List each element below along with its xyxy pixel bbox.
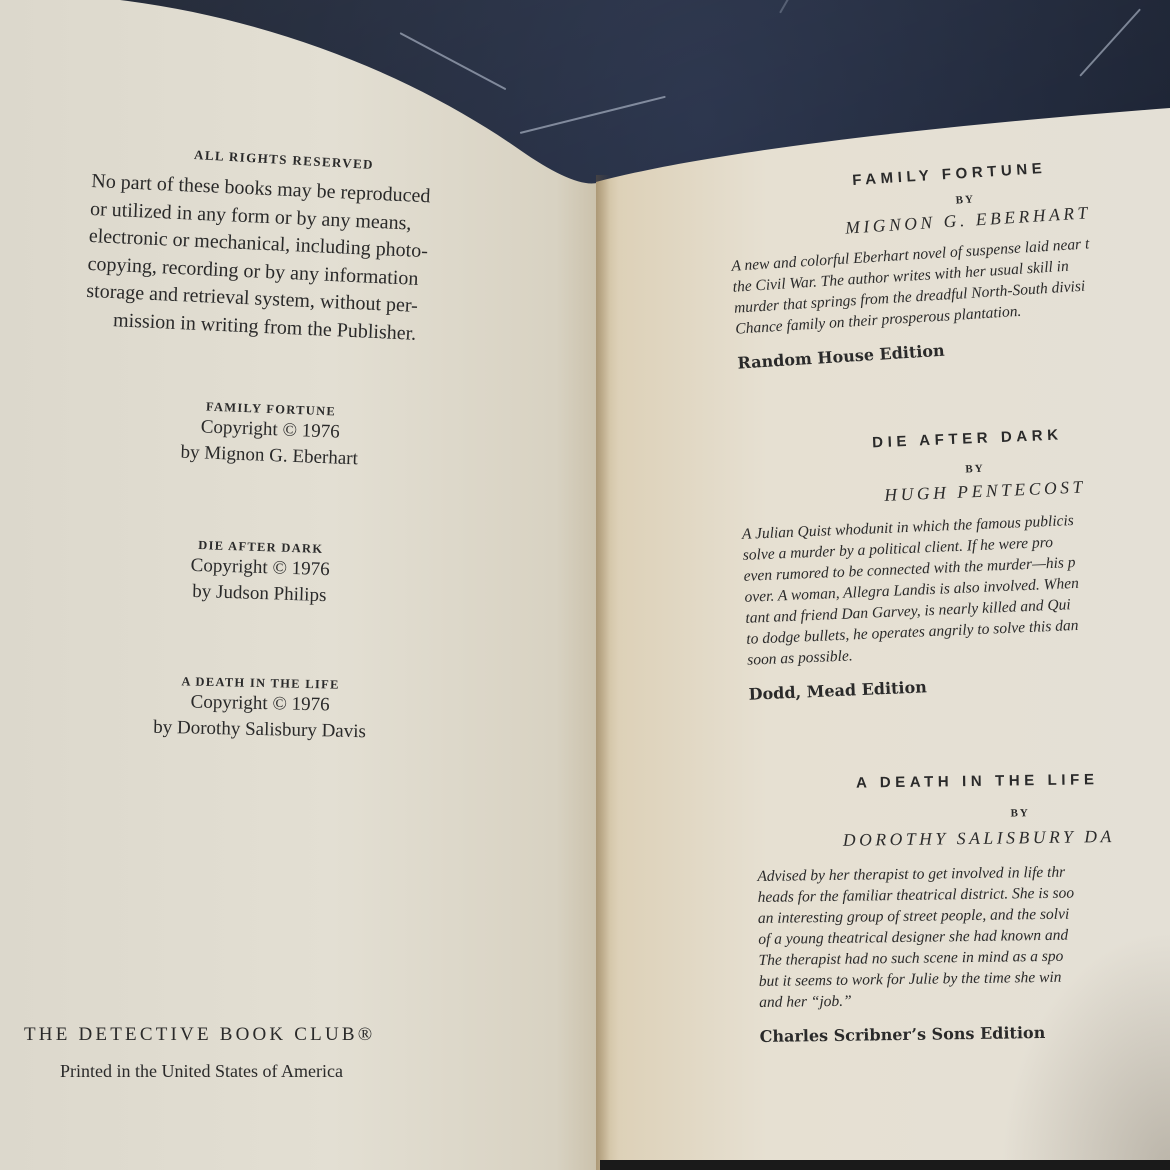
printed-notice: Printed in the United States of America [60,1061,343,1082]
gutter-shadow [596,175,610,1170]
page-edge [600,1160,1170,1170]
by-label: BY [756,805,1170,823]
book-entry-die-after-dark: DIE AFTER DARK BY HUGH PENTECOST A Julia… [738,421,1170,704]
book-description: A Julian Quist whodunit in which the fam… [742,505,1170,671]
publisher-imprint: THE DETECTIVE BOOK CLUB® [24,1024,375,1046]
book-author: DOROTHY SALISBURY DA [757,825,1170,852]
rights-notice: No part of these books may be reproduced… [85,168,431,348]
copyright-death-in-the-life: A DEATH IN THE LIFE Copyright © 1976 by … [119,673,400,746]
marble-vein [400,32,507,90]
book-entry-death-in-the-life: A DEATH IN THE LIFE BY DOROTHY SALISBURY… [756,770,1170,1046]
copyright-family-fortune: FAMILY FORTUNE Copyright © 1976 by Migno… [149,397,391,473]
marble-vein [520,96,666,134]
book-description: A new and colorful Eberhart novel of sus… [731,227,1170,340]
marble-vein [779,0,826,14]
book-entry-family-fortune: FAMILY FORTUNE BY MIGNON G. EBERHART A n… [726,151,1170,373]
marble-vein [1079,8,1141,76]
book-description: Advised by her therapist to get involved… [757,860,1170,1013]
copyright-die-after-dark: DIE AFTER DARK Copyright © 1976 by Judso… [139,536,381,611]
